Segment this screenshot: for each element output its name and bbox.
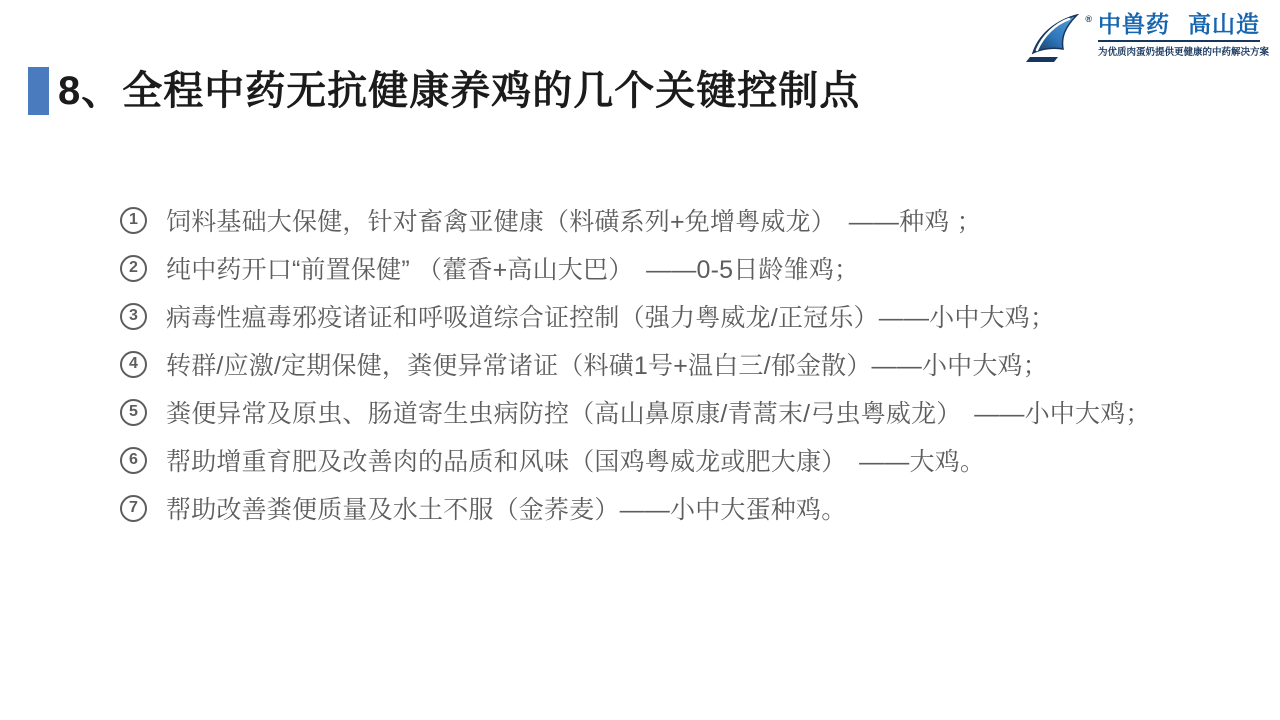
list-item-text: 饲料基础大保健，针对畜禽亚健康（料磺系列+免增粤威龙） ——种鸡 ；: [166, 202, 982, 238]
swoosh-leaf-icon: [1025, 14, 1081, 62]
circled-number-badge: 5: [120, 399, 147, 426]
list-item-text: 转群/应激/定期保健，粪便异常诸证（料磺1号+温白三/郁金散）——小中大鸡；: [166, 346, 1048, 382]
list-item-text: 帮助增重育肥及改善肉的品质和风味（国鸡粤威龙或肥大康） ——大鸡。: [166, 442, 985, 478]
slide-background: ® 中兽药 高山造 为优质肉蛋奶提供更健康的中药解决方案 8、全程中药无抗健康养…: [0, 0, 1280, 720]
list-item-text: 纯中药开口“前置保健” （藿香+高山大巴） ——0-5日龄雏鸡；: [166, 250, 859, 286]
list-item: 3 病毒性瘟毒邪疫诸证和呼吸道综合证控制（强力粤威龙/正冠乐）——小中大鸡；: [120, 292, 1260, 340]
circled-number-badge: 7: [120, 495, 147, 522]
brand-name: 中兽药 高山造: [1098, 12, 1260, 37]
circled-number-badge: 6: [120, 447, 147, 474]
brand-name-left: 中兽药: [1098, 12, 1170, 37]
logo-text-block: 中兽药 高山造 为优质肉蛋奶提供更健康的中药解决方案: [1098, 12, 1260, 58]
registered-trademark-mark: ®: [1085, 14, 1092, 24]
list-item: 6 帮助增重育肥及改善肉的品质和风味（国鸡粤威龙或肥大康） ——大鸡。: [120, 436, 1260, 484]
list-item: 7 帮助改善粪便质量及水土不服（金荞麦）——小中大蛋种鸡。: [120, 484, 1260, 532]
list-item: 5 粪便异常及原虫、肠道寄生虫病防控（高山鼻原康/青蒿末/弓虫粤威龙） ——小中…: [120, 388, 1260, 436]
title-accent-square: [28, 67, 49, 115]
circled-number-badge: 3: [120, 303, 147, 330]
brand-divider-line: [1098, 40, 1260, 42]
circled-number-badge: 1: [120, 207, 147, 234]
key-points-list: 1 饲料基础大保健，针对畜禽亚健康（料磺系列+免增粤威龙） ——种鸡 ； 2 纯…: [120, 196, 1260, 532]
circled-number-badge: 4: [120, 351, 147, 378]
slide-header: 8、全程中药无抗健康养鸡的几个关键控制点: [28, 66, 860, 116]
list-item: 1 饲料基础大保健，针对畜禽亚健康（料磺系列+免增粤威龙） ——种鸡 ；: [120, 196, 1260, 244]
brand-tagline: 为优质肉蛋奶提供更健康的中药解决方案: [1098, 44, 1260, 58]
company-logo: ® 中兽药 高山造 为优质肉蛋奶提供更健康的中药解决方案: [1025, 12, 1260, 62]
slide-title: 8、全程中药无抗健康养鸡的几个关键控制点: [58, 66, 860, 116]
list-item-text: 粪便异常及原虫、肠道寄生虫病防控（高山鼻原康/青蒿末/弓虫粤威龙） ——小中大鸡…: [166, 394, 1151, 430]
list-item-text: 帮助改善粪便质量及水土不服（金荞麦）——小中大蛋种鸡。: [166, 490, 846, 526]
list-item-text: 病毒性瘟毒邪疫诸证和呼吸道综合证控制（强力粤威龙/正冠乐）——小中大鸡；: [166, 298, 1055, 334]
list-item: 2 纯中药开口“前置保健” （藿香+高山大巴） ——0-5日龄雏鸡；: [120, 244, 1260, 292]
brand-name-right: 高山造: [1188, 12, 1260, 37]
circled-number-badge: 2: [120, 255, 147, 282]
list-item: 4 转群/应激/定期保健，粪便异常诸证（料磺1号+温白三/郁金散）——小中大鸡；: [120, 340, 1260, 388]
